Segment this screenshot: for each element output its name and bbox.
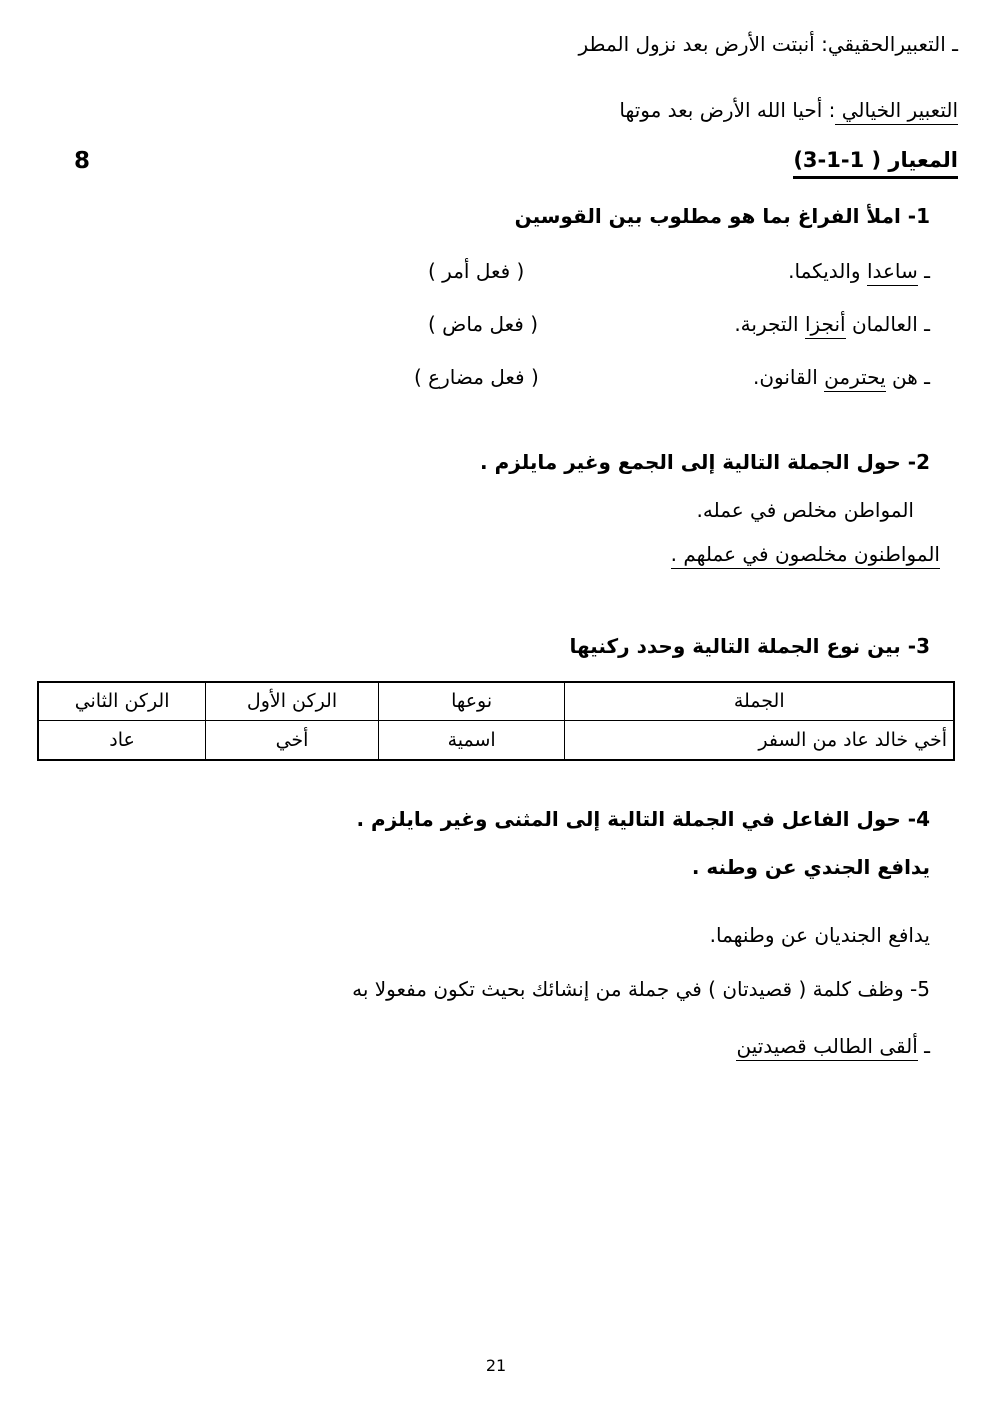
standard-heading-prefix: المعيار ( [864, 148, 958, 172]
q2-answer-underlined: المواطنون مخلصون في عملهم . [671, 542, 940, 569]
q4-sentence: يدافع الجندي عن وطنه . [692, 853, 930, 881]
question-2-heading: 2- حول الجملة التالية إلى الجمع وغير ماي… [480, 448, 930, 476]
standard-heading: المعيار ( 3-1-1) [793, 146, 958, 175]
page-number: 21 [0, 1356, 992, 1375]
q1-item-hint: ( فعل مضارع ) [414, 363, 539, 391]
q5-answer: ـ ألقى الطالب قصيدتين [736, 1032, 930, 1060]
score-badge: 8 [74, 148, 90, 174]
real-expression-text: ـ التعبيرالحقيقي: أنبتت الأرض بعد نزول ا… [579, 32, 958, 56]
cell-type: اسمية [378, 720, 565, 760]
q1-item-row: ـ هن يحترمن القانون. [753, 363, 930, 391]
imaginary-expression-text: : أحيا الله الأرض بعد موتها [619, 98, 835, 122]
q1-item-row: ـ العالمان أنجزا التجربة. [734, 310, 930, 338]
q4-answer: يدافع الجنديان عن وطنهما. [710, 921, 930, 949]
column-header-sentence: الجملة [565, 682, 954, 720]
item-answer-underlined: يحترمن [824, 365, 885, 392]
real-expression-line: ـ التعبيرالحقيقي: أنبتت الأرض بعد نزول ا… [579, 30, 958, 58]
q5-answer-underlined: ألقى الطالب قصيدتين [736, 1034, 917, 1061]
sentence-analysis-table: الجملة نوعها الركن الأول الركن الثاني أخ… [37, 681, 955, 761]
worksheet-page: ـ التعبيرالحقيقي: أنبتت الأرض بعد نزول ا… [0, 0, 992, 1403]
column-header-second-part: الركن الثاني [38, 682, 206, 720]
question-4-heading: 4- حول الفاعل في الجملة التالية إلى المث… [357, 805, 931, 833]
item-prefix: العالمان [846, 312, 918, 336]
q2-answer: المواطنون مخلصون في عملهم . [671, 540, 940, 568]
question-1-heading: 1- املأ الفراغ بما هو مطلوب بين القوسين [515, 202, 930, 230]
item-prefix: هن [886, 365, 918, 389]
item-rest: القانون. [753, 365, 824, 389]
imaginary-expression-label: التعبير الخيالي [835, 98, 958, 125]
cell-first-part: أخي [206, 720, 379, 760]
question-5-heading: 5- وظف كلمة ( قصيدتان ) في جملة من إنشائ… [352, 975, 930, 1003]
q1-item-hint: ( فعل أمر ) [428, 257, 524, 285]
standard-heading-suffix: ) [793, 148, 803, 172]
item-answer-underlined: أنجزا [805, 312, 846, 339]
table-header-row: الجملة نوعها الركن الأول الركن الثاني [38, 682, 954, 720]
q1-item-hint: ( فعل ماض ) [428, 310, 538, 338]
item-dash: ـ [918, 259, 930, 283]
column-header-type: نوعها [378, 682, 565, 720]
item-dash: ـ [918, 312, 930, 336]
answer-dash: ـ [918, 1034, 930, 1058]
q2-sentence: المواطن مخلص في عمله. [697, 496, 915, 524]
standard-heading-number: 3-1-1 [803, 148, 864, 172]
item-answer-underlined: ساعدا [867, 259, 918, 286]
q1-item-row: ـ ساعدا والديكما. [788, 257, 930, 285]
standard-heading-text: المعيار ( 3-1-1) [793, 148, 958, 179]
cell-second-part: عاد [38, 720, 206, 760]
imaginary-expression-line: التعبير الخيالي : أحيا الله الأرض بعد مو… [619, 96, 958, 124]
item-rest: التجربة. [734, 312, 805, 336]
table-row: أخي خالد عاد من السفر اسمية أخي عاد [38, 720, 954, 760]
column-header-first-part: الركن الأول [206, 682, 379, 720]
cell-sentence: أخي خالد عاد من السفر [565, 720, 954, 760]
question-3-heading: 3- بين نوع الجملة التالية وحدد ركنيها [569, 632, 930, 660]
item-dash: ـ [918, 365, 930, 389]
item-rest: والديكما. [788, 259, 867, 283]
